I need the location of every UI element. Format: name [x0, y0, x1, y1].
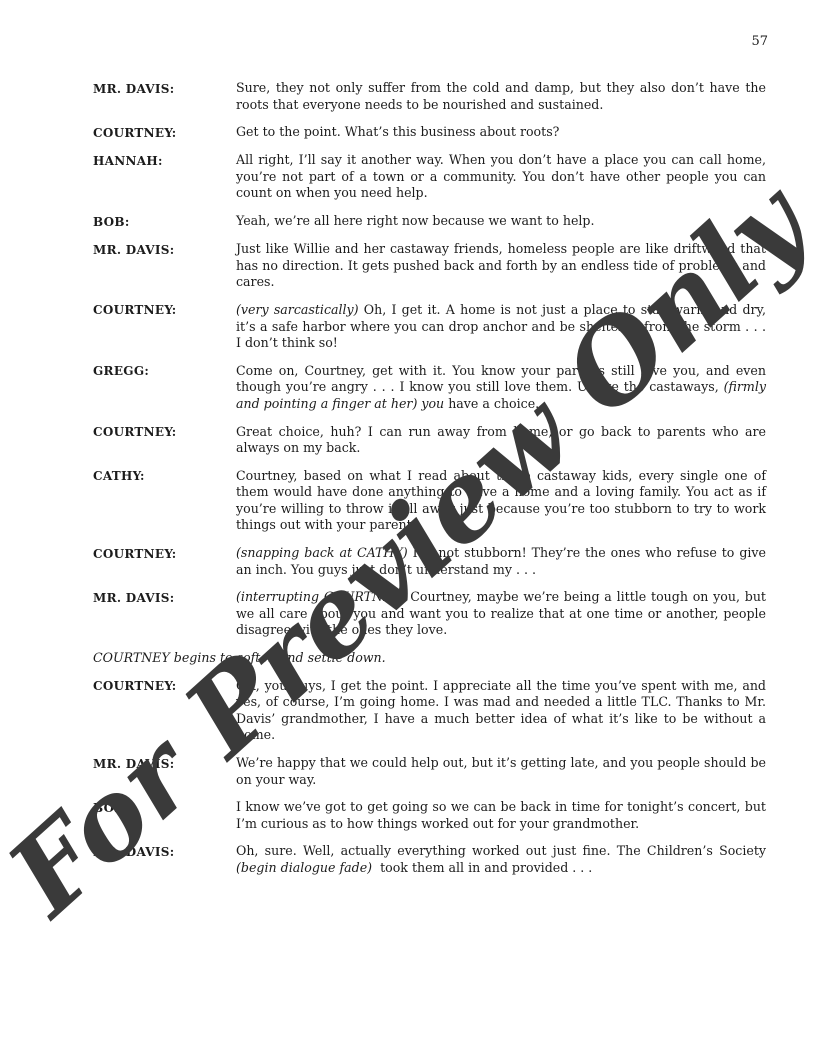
dialogue-row: MR. DAVIS:Sure, they not only suffer fro… [93, 80, 766, 113]
dialogue-row: COURTNEY:Great choice, huh? I can run aw… [93, 424, 766, 457]
speaker-label: MR. DAVIS: [93, 755, 236, 772]
dialogue-text: Sure, they not only suffer from the cold… [236, 80, 766, 113]
script-page: 57 MR. DAVIS:Sure, they not only suffer … [0, 0, 816, 1056]
dialogue-text: Great choice, huh? I can run away from h… [236, 424, 766, 457]
dialogue-segment: Come on, Courtney, get with it. You know… [236, 363, 766, 395]
stage-note-segment: (begin dialogue fade) [236, 860, 372, 875]
page-number: 57 [751, 34, 768, 49]
speaker-label: MR. DAVIS: [93, 843, 236, 860]
dialogue-segment: Yeah, we’re all here right now because w… [236, 213, 595, 228]
dialogue-row: COURTNEY:OK, you guys, I get the point. … [93, 678, 766, 744]
speaker-label: BOB: [93, 213, 236, 230]
dialogue-text: Come on, Courtney, get with it. You know… [236, 363, 766, 413]
dialogue-row: HANNAH:All right, I’ll say it another wa… [93, 152, 766, 202]
dialogue-row: MR. DAVIS:(interrupting COURTNEY) Courtn… [93, 589, 766, 639]
dialogue-row: BOB:I know we’ve got to get going so we … [93, 799, 766, 832]
dialogue-text: Yeah, we’re all here right now because w… [236, 213, 766, 230]
dialogue-text: All right, I’ll say it another way. When… [236, 152, 766, 202]
dialogue-row: COURTNEY:(very sarcastically) Oh, I get … [93, 302, 766, 352]
dialogue-segment: We’re happy that we could help out, but … [236, 755, 766, 787]
dialogue-row: BOB:Yeah, we’re all here right now becau… [93, 213, 766, 230]
stage-note-segment: (very sarcastically) [236, 302, 359, 317]
dialogue-text: (snapping back at CATHY) I’m not stubbor… [236, 545, 766, 578]
stage-note-segment: (interrupting COURTNEY) [236, 589, 406, 604]
dialogue-row: MR. DAVIS:Oh, sure. Well, actually every… [93, 843, 766, 876]
speaker-label: GREGG: [93, 363, 236, 380]
dialogue-text: (very sarcastically) Oh, I get it. A hom… [236, 302, 766, 352]
speaker-label: COURTNEY: [93, 124, 236, 141]
dialogue-row: MR. DAVIS:We’re happy that we could help… [93, 755, 766, 788]
dialogue-text: Oh, sure. Well, actually everything work… [236, 843, 766, 876]
speaker-label: HANNAH: [93, 152, 236, 169]
dialogue-text: We’re happy that we could help out, but … [236, 755, 766, 788]
speaker-label: MR. DAVIS: [93, 589, 236, 606]
speaker-label: COURTNEY: [93, 424, 236, 441]
dialogue-segment: Just like Willie and her castaway friend… [236, 241, 766, 289]
speaker-label: CATHY: [93, 468, 236, 485]
dialogue-text: Get to the point. What’s this business a… [236, 124, 766, 141]
dialogue-text: Courtney, based on what I read about tho… [236, 468, 766, 534]
dialogue-row: COURTNEY:Get to the point. What’s this b… [93, 124, 766, 141]
dialogue-text: (interrupting COURTNEY) Courtney, maybe … [236, 589, 766, 639]
dialogue-text: Just like Willie and her castaway friend… [236, 241, 766, 291]
dialogue-segment: I know we’ve got to get going so we can … [236, 799, 766, 831]
dialogue-row: COURTNEY:(snapping back at CATHY) I’m no… [93, 545, 766, 578]
dialogue-segment: Sure, they not only suffer from the cold… [236, 80, 766, 112]
dialogue-row: CATHY:Courtney, based on what I read abo… [93, 468, 766, 534]
dialogue-row: MR. DAVIS:Just like Willie and her casta… [93, 241, 766, 291]
dialogue-text: OK, you guys, I get the point. I appreci… [236, 678, 766, 744]
stage-note-segment: COURTNEY begins to soften and settle dow… [93, 650, 386, 665]
dialogue-row: GREGG:Come on, Courtney, get with it. Yo… [93, 363, 766, 413]
speaker-label: BOB: [93, 799, 236, 816]
stage-direction: COURTNEY begins to soften and settle dow… [93, 650, 766, 667]
dialogue-segment: have a choice. [444, 396, 539, 411]
stage-note-segment: (snapping back at CATHY) [236, 545, 408, 560]
speaker-label: MR. DAVIS: [93, 80, 236, 97]
speaker-label: COURTNEY: [93, 545, 236, 562]
dialogue-segment: Get to the point. What’s this business a… [236, 124, 559, 139]
dialogue-segment: Courtney, based on what I read about tho… [236, 468, 766, 533]
dialogue-segment: took them all in and provided . . . [372, 860, 592, 875]
dialogue-segment: Oh, sure. Well, actually everything work… [236, 843, 766, 858]
speaker-label: MR. DAVIS: [93, 241, 236, 258]
dialogue-segment: Great choice, huh? I can run away from h… [236, 424, 766, 456]
speaker-label: COURTNEY: [93, 678, 236, 695]
dialogue-text: I know we’ve got to get going so we can … [236, 799, 766, 832]
dialogue-segment: All right, I’ll say it another way. When… [236, 152, 766, 200]
speaker-label: COURTNEY: [93, 302, 236, 319]
dialogue-segment: OK, you guys, I get the point. I appreci… [236, 678, 766, 743]
script-content: MR. DAVIS:Sure, they not only suffer fro… [93, 80, 766, 888]
